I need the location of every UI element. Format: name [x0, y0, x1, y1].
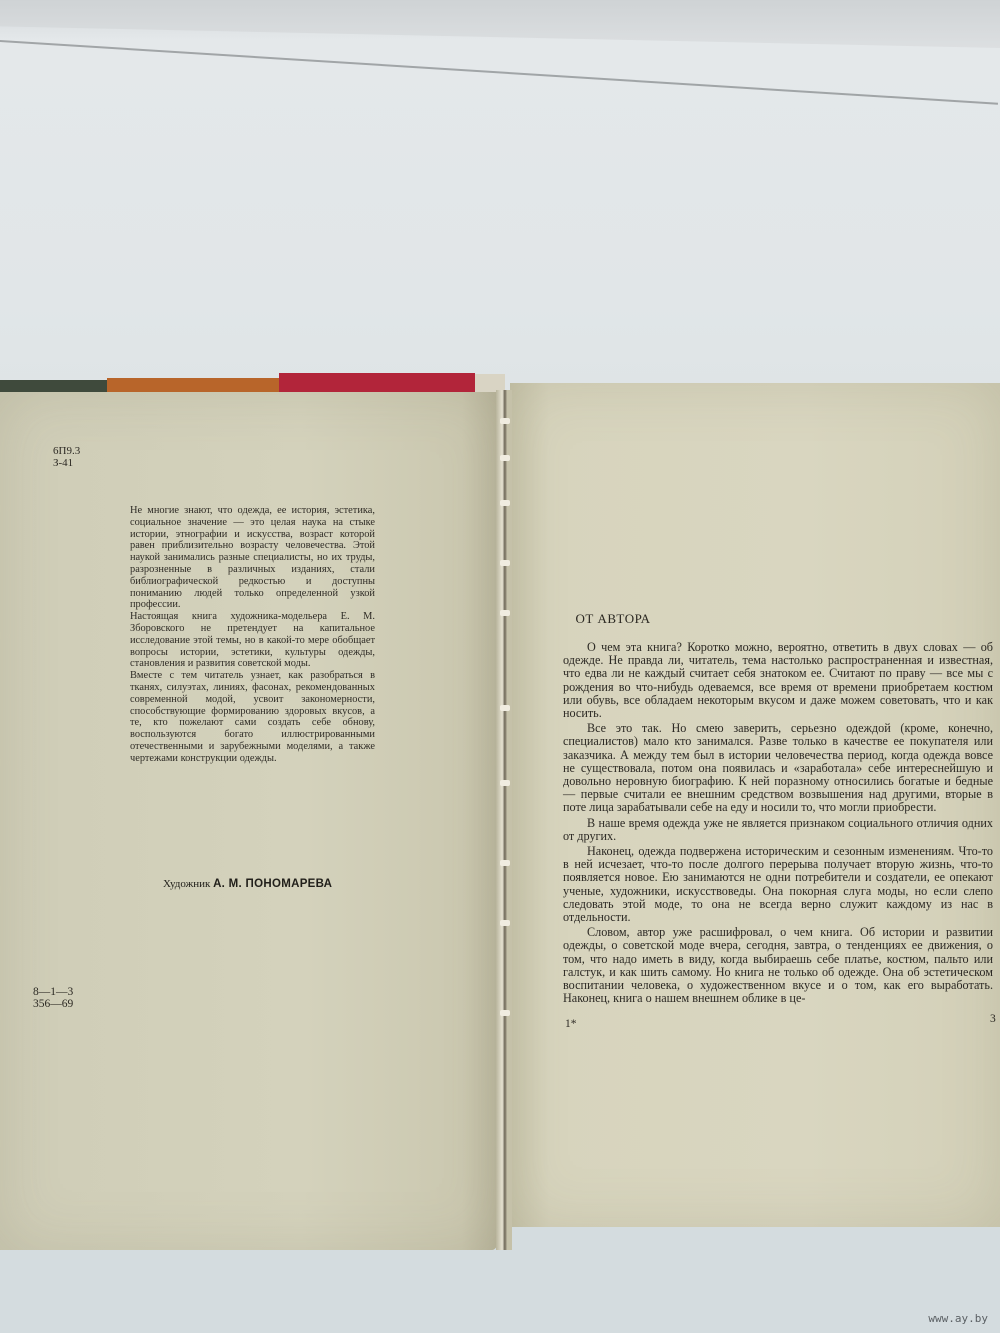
binding-stitch — [500, 920, 510, 926]
page-number: 3 — [990, 1013, 996, 1025]
binding-stitch — [500, 500, 510, 506]
artist-credit: Художник А. М. ПОНОМАРЕВА — [163, 878, 332, 890]
catalog-code-line: З-41 — [53, 457, 80, 469]
binding-stitch — [500, 455, 510, 461]
print-code: 8—1—3 356—69 — [33, 986, 73, 1010]
binding-stitch — [500, 560, 510, 566]
preface-paragraph: Наконец, одежда подвержена историческим … — [563, 845, 993, 924]
preface-paragraph: Словом, автор уже расшифровал, о чем кни… — [563, 926, 993, 1005]
book-annotation: Не многие знают, что одежда, ее история,… — [130, 505, 375, 765]
annotation-paragraph: Не многие знают, что одежда, ее история,… — [130, 505, 375, 611]
artist-label: Художник — [163, 878, 210, 890]
binding-stitch — [500, 418, 510, 424]
chapter-heading: ОТ АВТОРА — [0, 611, 1000, 627]
binding-stitch — [500, 780, 510, 786]
book-spine — [496, 390, 512, 1250]
print-code-line: 356—69 — [33, 998, 73, 1010]
preface-paragraph: В наше время одежда уже не является приз… — [563, 817, 993, 843]
print-code-line: 8—1—3 — [33, 986, 73, 998]
artist-name: А. М. ПОНОМАРЕВА — [213, 878, 332, 890]
preface-paragraph: Все это так. Но смею заверить, серьезно … — [563, 722, 993, 814]
binding-stitch — [500, 860, 510, 866]
windowsill-edge-line — [0, 40, 998, 105]
binding-stitch — [500, 705, 510, 711]
catalog-code: 6П9.3 З-41 — [53, 445, 80, 469]
signature-mark: 1* — [565, 1018, 577, 1030]
catalog-code-line: 6П9.3 — [53, 445, 80, 457]
annotation-paragraph: Вместе с тем читатель узнает, как разобр… — [130, 670, 375, 764]
binding-stitch — [500, 1010, 510, 1016]
watermark: www.ay.by — [928, 1312, 988, 1325]
preface-paragraph: О чем эта книга? Коротко можно, вероятно… — [563, 641, 993, 720]
windowsill-back-edge — [0, 0, 1000, 48]
preface-text: О чем эта книга? Коротко можно, вероятно… — [563, 641, 993, 1007]
